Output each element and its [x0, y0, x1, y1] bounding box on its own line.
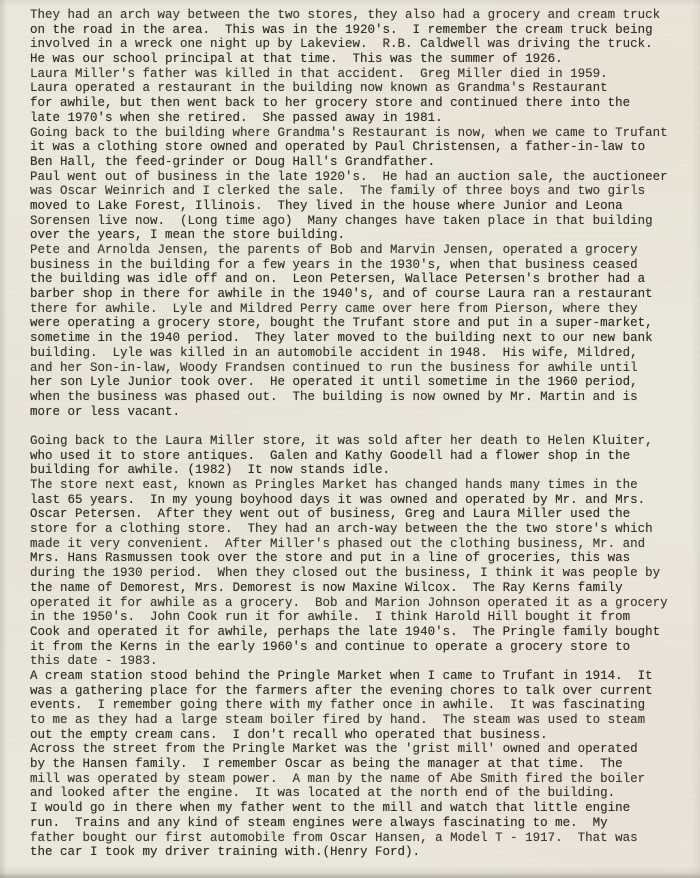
text-line: the car I took my driver training with.(…: [30, 845, 692, 860]
text-line: Laura operated a restaurant in the build…: [30, 81, 692, 96]
text-line: They had an arch way between the two sto…: [30, 8, 692, 23]
text-line: sometime in the 1940 period. They later …: [30, 331, 692, 346]
text-line: Going back to the Laura Miller store, it…: [30, 434, 692, 449]
text-line: run. Trains and any kind of steam engine…: [30, 816, 692, 831]
text-line: father bought our first automobile from …: [30, 831, 692, 846]
text-line: business in the building for a few years…: [30, 258, 692, 273]
text-line: A cream station stood behind the Pringle…: [30, 669, 692, 684]
text-line: the building was idle off and on. Leon P…: [30, 272, 692, 287]
text-line: there for awhile. Lyle and Mildred Perry…: [30, 302, 692, 317]
text-line: who used it to store antiques. Galen and…: [30, 449, 692, 464]
text-line: her son Lyle Junior took over. He operat…: [30, 375, 692, 390]
text-line: made it very convenient. After Miller's …: [30, 537, 692, 552]
text-line: building for awhile. (1982) It now stand…: [30, 463, 692, 478]
scanned-document-page: They had an arch way between the two sto…: [0, 0, 700, 878]
text-line: Cook and operated it for awhile, perhaps…: [30, 625, 692, 640]
text-line: it was a clothing store owned and operat…: [30, 140, 692, 155]
text-line: Laura Miller's father was killed in that…: [30, 67, 692, 82]
text-line: in the 1950's. John Cook run it for awhi…: [30, 610, 692, 625]
text-line: Across the street from the Pringle Marke…: [30, 742, 692, 757]
text-line: on the road in the area. This was in the…: [30, 23, 692, 38]
text-line: more or less vacant.: [30, 405, 692, 420]
text-line: during the 1930 period. When they closed…: [30, 566, 692, 581]
text-line: Ben Hall, the feed-grinder or Doug Hall'…: [30, 155, 692, 170]
text-line: late 1970's when she retired. She passed…: [30, 111, 692, 126]
text-line: I would go in there when my father went …: [30, 801, 692, 816]
text-line: Pete and Arnolda Jensen, the parents of …: [30, 243, 692, 258]
text-line: for awhile, but then went back to her gr…: [30, 96, 692, 111]
text-line: moved to Lake Forest, Illinois. They liv…: [30, 199, 692, 214]
text-line: store for a clothing store. They had an …: [30, 522, 692, 537]
text-line: mill was operated by steam power. A man …: [30, 772, 692, 787]
text-line: by the Hansen family. I remember Oscar a…: [30, 757, 692, 772]
text-line: barber shop in there for awhile in the 1…: [30, 287, 692, 302]
text-line: to me as they had a large steam boiler f…: [30, 713, 692, 728]
text-line: [30, 419, 692, 434]
text-line: operated it for awhile as a grocery. Bob…: [30, 596, 692, 611]
text-line: were operating a grocery store, bought t…: [30, 316, 692, 331]
text-line: last 65 years. In my young boyhood days …: [30, 493, 692, 508]
text-line: involved in a wreck one night up by Lake…: [30, 37, 692, 52]
text-line: The store next east, known as Pringles M…: [30, 478, 692, 493]
text-line: Sorensen live now. (Long time ago) Many …: [30, 214, 692, 229]
text-line: when the business was phased out. The bu…: [30, 390, 692, 405]
text-line: this date - 1983.: [30, 654, 692, 669]
text-line: the name of Demorest, Mrs. Demorest is n…: [30, 581, 692, 596]
text-line: and looked after the engine. It was loca…: [30, 786, 692, 801]
text-line: was a gathering place for the farmers af…: [30, 684, 692, 699]
text-line: it from the Kerns in the early 1960's an…: [30, 640, 692, 655]
text-line: Going back to the building where Grandma…: [30, 126, 692, 141]
text-line: He was our school principal at that time…: [30, 52, 692, 67]
text-line: and her Son-in-law, Woody Frandsen conti…: [30, 361, 692, 376]
text-line: building. Lyle was killed in an automobi…: [30, 346, 692, 361]
text-line: events. I remember going there with my f…: [30, 698, 692, 713]
text-line: Oscar Petersen. After they went out of b…: [30, 507, 692, 522]
typewritten-text-block: They had an arch way between the two sto…: [30, 8, 692, 860]
text-line: Mrs. Hans Rasmussen took over the store …: [30, 551, 692, 566]
text-line: was Oscar Weinrich and I clerked the sal…: [30, 184, 692, 199]
text-line: out the empty cream cans. I don't recall…: [30, 728, 692, 743]
text-line: over the years, I mean the store buildin…: [30, 228, 692, 243]
text-line: Paul went out of business in the late 19…: [30, 170, 692, 185]
